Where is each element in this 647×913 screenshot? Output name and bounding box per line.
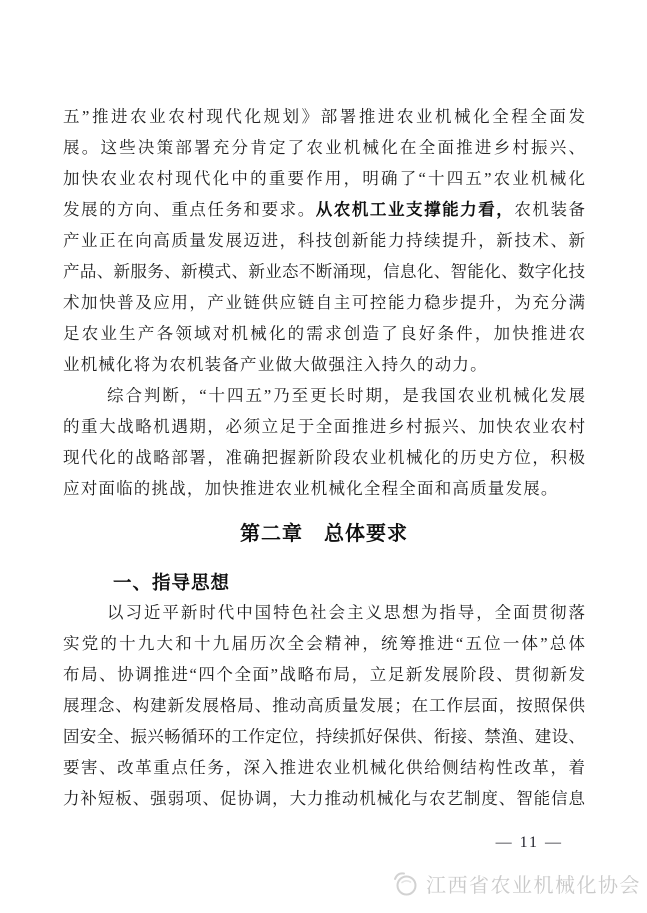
text-line: 固安全、振兴畅循环的工作定位，持续抓好保供、衔接、禁渔、建设、 (63, 721, 585, 752)
text-line: 应对面临的挑战，加快推进农业机械化全程全面和高质量发展。 (63, 473, 585, 504)
body-text: 加快农业农村现代化中的重要作用，明确了“十四五”农业机械化 (63, 169, 585, 188)
body-text: 五”推进农业农村现代化规划》部署推进农业机械化全程全面发 (63, 107, 585, 126)
text-line: 术加快普及应用，产业链供应链自主可控能力稳步提升，为充分满 (63, 287, 585, 318)
text-line: 的重大战略机遇期，必须立足于全面推进乡村振兴、加快农业农村 (63, 411, 585, 442)
body-text: 产品、新服务、新模式、新业态不断涌现，信息化、智能化、数字化技 (63, 262, 585, 281)
body-text: 力补短板、强弱项、促协调，大力推动机械化与农艺制度、智能信息 (63, 789, 585, 808)
body-text: 展。这些决策部署充分肯定了农业机械化在全面推进乡村振兴、 (63, 138, 585, 157)
text-line: 业机械化将为农机装备产业做大做强注入持久的动力。 (63, 349, 585, 380)
association-logo-icon (392, 870, 419, 897)
body-text: 应对面临的挑战，加快推进农业机械化全程全面和高质量发展。 (63, 479, 559, 498)
emphasis-text: 从农机工业支撑能力看， (316, 201, 515, 219)
body-text: 要害、改革重点任务，深入推进农业机械化供给侧结构性改革，着 (63, 758, 585, 777)
text-line: 发展的方向、重点任务和要求。从农机工业支撑能力看，农机装备 (63, 194, 585, 225)
body-text-block-2: 以习近平新时代中国特色社会主义思想为指导，全面贯彻落实党的十九大和十九届历次全会… (63, 597, 585, 814)
document-page: 五”推进农业农村现代化规划》部署推进农业机械化全程全面发展。这些决策部署充分肯定… (0, 0, 647, 913)
body-text: 业机械化将为农机装备产业做大做强注入持久的动力。 (63, 355, 488, 374)
text-line: 以习近平新时代中国特色社会主义思想为指导，全面贯彻落 (63, 597, 585, 628)
watermark-text: 江西省农业机械化协会 (426, 869, 641, 898)
body-text: 农机装备 (514, 200, 585, 219)
body-text: 展理念、构建新发展格局、推动高质量发展；在工作层面，按照保供 (63, 696, 585, 715)
section-heading: 一、指导思想 (63, 567, 585, 598)
text-line: 实党的十九大和十九届历次全会精神，统筹推进“五位一体”总体 (63, 628, 585, 659)
text-line: 要害、改革重点任务，深入推进农业机械化供给侧结构性改革，着 (63, 752, 585, 783)
body-text: 现代化的战略部署，准确把握新阶段农业机械化的历史方位，积极 (63, 448, 585, 467)
body-text-block-1: 五”推进农业农村现代化规划》部署推进农业机械化全程全面发展。这些决策部署充分肯定… (63, 101, 585, 504)
body-text: 产业正在向高质量发展迈进，科技创新能力持续提升，新技术、新 (63, 231, 585, 250)
watermark: 江西省农业机械化协会 (392, 868, 641, 898)
text-line: 加快农业农村现代化中的重要作用，明确了“十四五”农业机械化 (63, 163, 585, 194)
chapter-heading: 第二章 总体要求 (63, 519, 585, 550)
text-line: 足农业生产各领域对机械化的需求创造了良好条件，加快推进农 (63, 318, 585, 349)
text-line: 展理念、构建新发展格局、推动高质量发展；在工作层面，按照保供 (63, 690, 585, 721)
body-text: 固安全、振兴畅循环的工作定位，持续抓好保供、衔接、禁渔、建设、 (63, 727, 585, 746)
text-line: 综合判断，“十四五”乃至更长时期，是我国农业机械化发展 (63, 380, 585, 411)
body-text: 术加快普及应用，产业链供应链自主可控能力稳步提升，为充分满 (63, 293, 585, 312)
text-line: 现代化的战略部署，准确把握新阶段农业机械化的历史方位，积极 (63, 442, 585, 473)
page-number: — 11 — (496, 832, 563, 854)
text-line: 产业正在向高质量发展迈进，科技创新能力持续提升，新技术、新 (63, 225, 585, 256)
body-text: 布局、协调推进“四个全面”战略布局，立足新发展阶段、贯彻新发 (63, 665, 585, 684)
body-text: 实党的十九大和十九届历次全会精神，统筹推进“五位一体”总体 (63, 634, 585, 653)
text-line: 布局、协调推进“四个全面”战略布局，立足新发展阶段、贯彻新发 (63, 659, 585, 690)
text-line: 产品、新服务、新模式、新业态不断涌现，信息化、智能化、数字化技 (63, 256, 585, 287)
body-text: 发展的方向、重点任务和要求。 (63, 200, 316, 219)
body-text: 以习近平新时代中国特色社会主义思想为指导，全面贯彻落 (107, 603, 585, 622)
text-line: 五”推进农业农村现代化规划》部署推进农业机械化全程全面发 (63, 101, 585, 132)
body-text: 的重大战略机遇期，必须立足于全面推进乡村振兴、加快农业农村 (63, 417, 585, 436)
body-text: 综合判断，“十四五”乃至更长时期，是我国农业机械化发展 (107, 386, 585, 405)
body-text: 足农业生产各领域对机械化的需求创造了良好条件，加快推进农 (63, 324, 585, 343)
text-line: 力补短板、强弱项、促协调，大力推动机械化与农艺制度、智能信息 (63, 783, 585, 814)
text-line: 展。这些决策部署充分肯定了农业机械化在全面推进乡村振兴、 (63, 132, 585, 163)
